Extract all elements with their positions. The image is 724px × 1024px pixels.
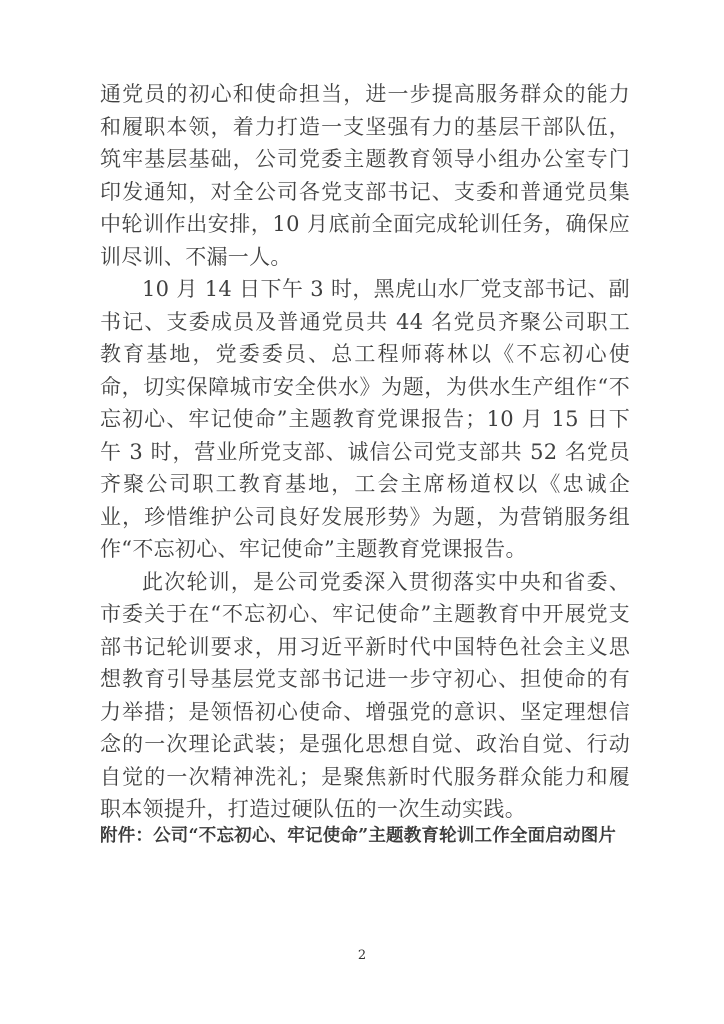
paragraph-continuation: 通党员的初心和使命担当，进一步提高服务群众的能力和履职本领，着力打造一支坚强有力… [100,78,630,273]
paragraph-training-sessions: 10 月 14 日下午 3 时，黑虎山水厂党支部书记、副书记、支委成员及普通党员… [100,273,630,566]
paragraph-significance: 此次轮训，是公司党委深入贯彻落实中央和省委、市委关于在“不忘初心、牢记使命”主题… [100,566,630,826]
page-number: 2 [0,948,724,963]
attachment-note: 附件：公司“不忘初心、牢记使命”主题教育轮训工作全面启动图片 [100,824,640,848]
document-page: 通党员的初心和使命担当，进一步提高服务群众的能力和履职本领，着力打造一支坚强有力… [0,0,724,1024]
document-body: 通党员的初心和使命担当，进一步提高服务群众的能力和履职本领，着力打造一支坚强有力… [100,78,630,826]
